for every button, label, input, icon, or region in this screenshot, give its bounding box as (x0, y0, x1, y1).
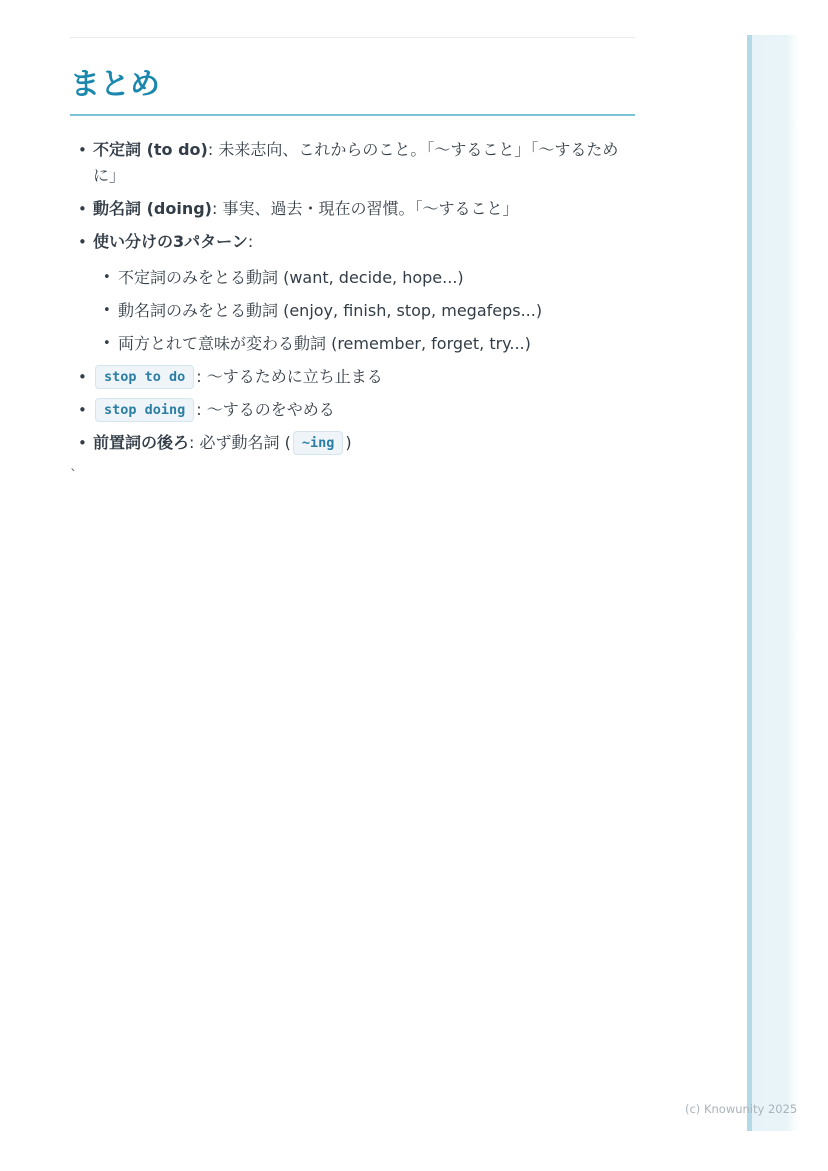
footer-copyright: (c) Knowunity 2025 (685, 1102, 797, 1116)
list-item-term: 動名詞 (doing) (93, 199, 212, 218)
list-item-preposition: 前置詞の後ろ: 必ず動名詞 (~ing) (93, 430, 635, 456)
page-title: まとめ (70, 70, 635, 100)
list-item-term: 不定詞 (to do) (93, 140, 208, 159)
sublist-item: 動名詞のみをとる動詞 (enjoy, finish, stop, megafep… (118, 298, 635, 324)
code-badge: stop to do (95, 365, 194, 389)
list-item-stop-to-do: stop to do: 〜するために立ち止まる (93, 364, 635, 390)
list-item-term: 使い分けの3パターン (93, 232, 248, 251)
list-item-gerund: 動名詞 (doing): 事実、過去・現在の習慣。「〜すること」 (93, 196, 635, 222)
list-item-text: : (248, 232, 253, 251)
page-container: まとめ 不定詞 (to do): 未来志向、これからのこと。「〜すること」「〜す… (0, 0, 828, 1171)
list-item-patterns: 使い分けの3パターン: 不定詞のみをとる動詞 (want, decide, ho… (93, 229, 635, 357)
list-item-text: ) (345, 433, 351, 452)
list-item-text: : 必ず動名詞 ( (189, 433, 291, 452)
code-badge: ~ing (293, 431, 344, 455)
code-badge: stop doing (95, 398, 194, 422)
sublist-item-text: 不定詞のみをとる動詞 (want, decide, hope...) (118, 268, 464, 287)
top-divider (70, 37, 635, 38)
sublist-item: 不定詞のみをとる動詞 (want, decide, hope...) (118, 265, 635, 291)
list-item-stop-doing: stop doing: 〜するのをやめる (93, 397, 635, 423)
list-item-term: 前置詞の後ろ (93, 433, 189, 452)
summary-list: 不定詞 (to do): 未来志向、これからのこと。「〜すること」「〜するために… (70, 137, 635, 456)
side-stripe-panel (752, 35, 798, 1131)
list-item-infinitive: 不定詞 (to do): 未来志向、これからのこと。「〜すること」「〜するために… (93, 137, 635, 189)
stray-backtick: ` (70, 468, 77, 484)
sublist-item-text: 動名詞のみをとる動詞 (enjoy, finish, stop, megafep… (118, 301, 542, 320)
sublist-item-text: 両方とれて意味が変わる動詞 (remember, forget, try...) (118, 334, 531, 353)
title-underline (70, 114, 635, 116)
patterns-sub-list: 不定詞のみをとる動詞 (want, decide, hope...) 動名詞のみ… (93, 265, 635, 357)
list-item-text: : 〜するのをやめる (196, 400, 334, 419)
sublist-item: 両方とれて意味が変わる動詞 (remember, forget, try...) (118, 331, 635, 357)
content-column: まとめ 不定詞 (to do): 未来志向、これからのこと。「〜すること」「〜す… (70, 0, 635, 463)
list-item-text: : 〜するために立ち止まる (196, 367, 382, 386)
list-item-text: : 事実、過去・現在の習慣。「〜すること」 (212, 199, 518, 218)
